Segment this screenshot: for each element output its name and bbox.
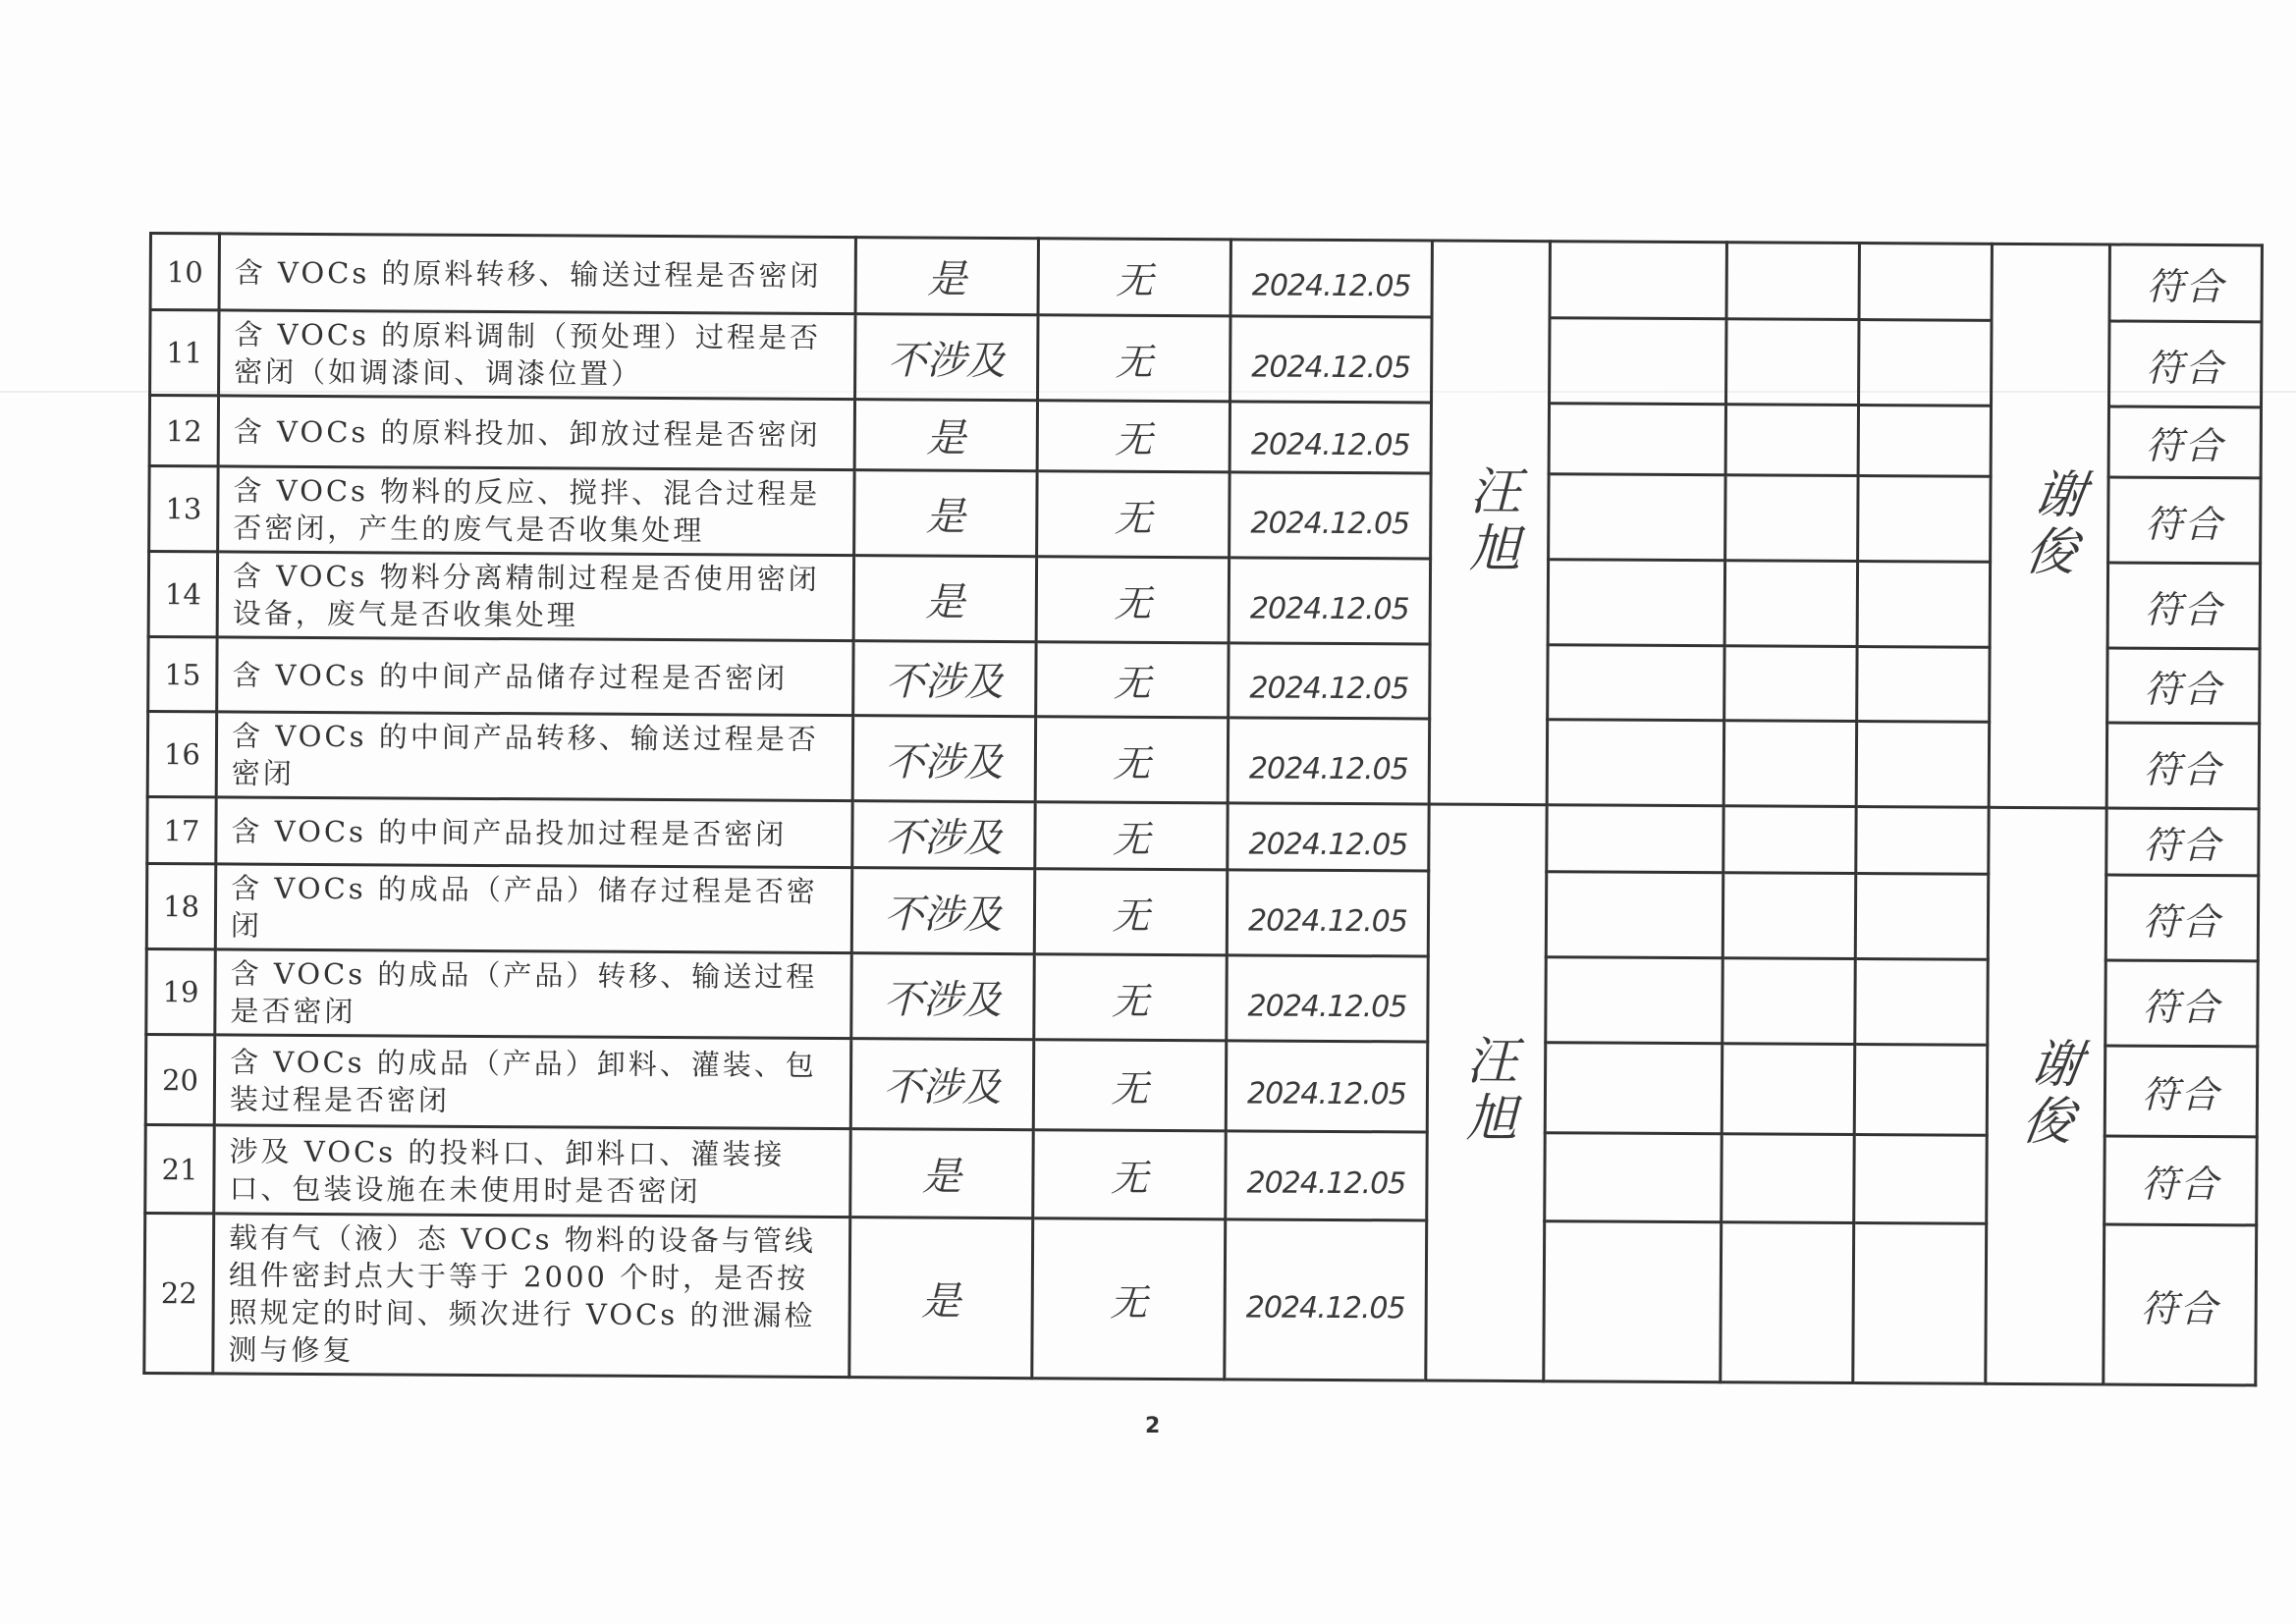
reviewer-signature: 谢俊 [2008, 467, 2090, 581]
blank-cell [1725, 475, 1858, 562]
blank-cell [1722, 958, 1855, 1045]
blank-cell [1726, 243, 1859, 320]
review-result-handwritten: 符合 [2144, 747, 2222, 790]
inspector-signature: 汪旭 [1453, 1034, 1519, 1148]
blank-cell [1722, 1044, 1855, 1135]
blank-cell [1853, 1223, 1987, 1384]
blank-cell [1550, 318, 1726, 405]
inspection-item: 含 VOCs 的原料调制（预处理）过程是否密闭（如调漆间、调漆位置） [219, 310, 855, 400]
blank-cell [1724, 646, 1857, 722]
issue-handwritten: 无 [1114, 581, 1151, 624]
table-row: 14含 VOCs 物料分离精制过程是否使用密闭设备，废气是否收集处理是无2024… [148, 552, 2260, 649]
blank-cell [1549, 404, 1725, 475]
check-date-handwritten: 2024.12.05 [1251, 411, 1410, 462]
blank-cell [1856, 722, 1989, 808]
row-number: 13 [149, 466, 218, 552]
scanned-page: 10含 VOCs 的原料转移、输送过程是否密闭是无2024.12.05汪旭谢俊符… [0, 0, 2296, 1624]
check-status-handwritten: 是 [925, 579, 964, 624]
inspection-item: 载有气（液）态 VOCs 物料的设备与管线组件密封点大于等于 2000 个时，是… [213, 1214, 850, 1378]
blank-cell [1858, 476, 1991, 563]
row-number: 17 [147, 796, 216, 863]
check-date-handwritten: 2024.12.05 [1246, 1274, 1405, 1326]
issue-handwritten: 无 [1115, 496, 1152, 539]
blank-cell [1856, 807, 1989, 875]
review-result-handwritten: 符合 [2141, 1286, 2219, 1329]
table-row: 22载有气（液）态 VOCs 物料的设备与管线组件密封点大于等于 2000 个时… [144, 1213, 2257, 1384]
check-status-handwritten: 不涉及 [884, 977, 1002, 1023]
review-result-handwritten: 符合 [2143, 824, 2221, 867]
row-number: 18 [146, 863, 215, 948]
blank-cell [1550, 242, 1726, 319]
review-result-handwritten: 符合 [2145, 587, 2223, 630]
table-row: 16含 VOCs 的中间产品转移、输送过程是否密闭不涉及无2024.12.05符… [147, 712, 2259, 809]
blank-cell [1545, 1133, 1722, 1222]
issue-handwritten: 无 [1116, 259, 1153, 302]
row-number: 22 [144, 1213, 214, 1373]
check-status-handwritten: 不涉及 [884, 892, 1002, 938]
inspection-item: 含 VOCs 的中间产品转移、输送过程是否密闭 [216, 712, 852, 801]
blank-cell [1722, 873, 1855, 959]
reviewer-signature-cell: 谢俊 [1989, 244, 2109, 808]
review-result-handwritten: 符合 [2145, 502, 2223, 545]
row-number: 10 [150, 234, 219, 310]
blank-cell [1725, 405, 1858, 476]
table-row: 13含 VOCs 物料的反应、搅拌、混合过程是否密闭，产生的废气是否收集处理是无… [149, 466, 2261, 564]
blank-cell [1854, 1045, 1988, 1136]
row-number: 19 [146, 948, 215, 1034]
row-number: 20 [145, 1034, 215, 1124]
table-row: 11含 VOCs 的原料调制（预处理）过程是否密闭（如调漆间、调漆位置）不涉及无… [150, 310, 2262, 407]
blank-cell [1545, 1043, 1722, 1134]
issue-handwritten: 无 [1110, 1280, 1147, 1324]
review-result-handwritten: 符合 [2146, 346, 2224, 389]
inspection-item: 涉及 VOCs 的投料口、卸料口、灌装接口、包装设施在未使用时是否密闭 [214, 1125, 851, 1218]
check-status-handwritten: 不涉及 [888, 338, 1006, 384]
check-status-handwritten: 不涉及 [883, 1064, 1001, 1110]
check-status-handwritten: 是 [927, 257, 966, 302]
check-date-handwritten: 2024.12.05 [1250, 575, 1409, 626]
check-date-handwritten: 2024.12.05 [1251, 334, 1410, 385]
inspection-item: 含 VOCs 的中间产品投加过程是否密闭 [216, 797, 852, 868]
table-row: 18含 VOCs 的成品（产品）储存过程是否密闭不涉及无2024.12.05符合 [146, 863, 2258, 960]
issue-handwritten: 无 [1113, 818, 1150, 861]
row-number: 11 [150, 310, 219, 396]
check-status-handwritten: 是 [926, 494, 965, 539]
blank-cell [1544, 1221, 1722, 1382]
inspector-signature-cell: 汪旭 [1426, 804, 1547, 1381]
blank-cell [1724, 561, 1857, 647]
review-result-handwritten: 符合 [2141, 1163, 2219, 1206]
voc-inspection-table: 10含 VOCs 的原料转移、输送过程是否密闭是无2024.12.05汪旭谢俊符… [142, 232, 2264, 1386]
blank-cell [1857, 647, 1990, 723]
check-status-handwritten: 不涉及 [885, 739, 1003, 785]
blank-cell [1721, 1222, 1854, 1383]
issue-handwritten: 无 [1112, 979, 1149, 1022]
row-number: 15 [148, 637, 217, 712]
check-status-handwritten: 不涉及 [886, 659, 1004, 705]
blank-cell [1855, 874, 1988, 960]
inspection-item: 含 VOCs 物料的反应、搅拌、混合过程是否密闭，产生的废气是否收集处理 [218, 466, 854, 556]
blank-cell [1722, 1134, 1855, 1223]
inspector-signature-cell: 汪旭 [1429, 241, 1550, 805]
inspection-item: 含 VOCs 的中间产品储存过程是否密闭 [217, 637, 853, 716]
inspection-item: 含 VOCs 物料分离精制过程是否使用密闭设备，废气是否收集处理 [217, 552, 853, 641]
check-date-handwritten: 2024.12.05 [1249, 735, 1408, 786]
table-row: 10含 VOCs 的原料转移、输送过程是否密闭是无2024.12.05汪旭谢俊符… [150, 234, 2262, 322]
row-number: 16 [147, 712, 216, 797]
review-result-handwritten: 符合 [2142, 1073, 2220, 1116]
issue-handwritten: 无 [1115, 418, 1152, 461]
review-result-handwritten: 符合 [2143, 899, 2221, 943]
check-date-handwritten: 2024.12.05 [1249, 655, 1408, 706]
row-number: 21 [145, 1124, 215, 1213]
blank-cell [1859, 244, 1992, 321]
issue-handwritten: 无 [1111, 1067, 1148, 1110]
inspection-item: 含 VOCs 的成品（产品）储存过程是否密闭 [215, 864, 851, 953]
check-date-handwritten: 2024.12.05 [1252, 252, 1411, 303]
issue-handwritten: 无 [1113, 741, 1150, 785]
blank-cell [1549, 474, 1725, 561]
reviewer-signature: 谢俊 [2005, 1037, 2087, 1151]
blank-cell [1859, 320, 1992, 406]
issue-handwritten: 无 [1116, 340, 1153, 383]
check-date-handwritten: 2024.12.05 [1247, 1060, 1406, 1111]
row-number: 14 [148, 552, 217, 637]
issue-handwritten: 无 [1111, 1157, 1148, 1200]
blank-cell [1548, 645, 1724, 721]
table-row: 19含 VOCs 的成品（产品）转移、输送过程是否密闭不涉及无2024.12.0… [146, 948, 2258, 1046]
row-number: 12 [149, 396, 218, 466]
blank-cell [1723, 806, 1856, 874]
check-status-handwritten: 不涉及 [885, 815, 1003, 861]
page-number: 2 [1145, 1414, 1160, 1438]
blank-cell [1547, 720, 1723, 806]
blank-cell [1855, 959, 1988, 1046]
check-date-handwritten: 2024.12.05 [1247, 973, 1406, 1024]
check-status-handwritten: 是 [922, 1155, 961, 1200]
inspection-item: 含 VOCs 的原料转移、输送过程是否密闭 [219, 234, 855, 314]
inspection-item: 含 VOCs 的原料投加、卸放过程是否密闭 [218, 396, 854, 470]
inspection-item: 含 VOCs 的成品（产品）卸料、灌装、包装过程是否密闭 [214, 1035, 851, 1129]
check-status-handwritten: 是 [921, 1278, 960, 1324]
blank-cell [1854, 1135, 1988, 1224]
check-date-handwritten: 2024.12.05 [1250, 490, 1409, 541]
blank-cell [1546, 957, 1722, 1044]
blank-cell [1858, 406, 1991, 477]
check-date-handwritten: 2024.12.05 [1248, 888, 1407, 939]
table-row: 17含 VOCs 的中间产品投加过程是否密闭不涉及无2024.12.05汪旭谢俊… [147, 796, 2259, 875]
blank-cell [1723, 721, 1856, 807]
check-date-handwritten: 2024.12.05 [1248, 811, 1407, 862]
reviewer-signature-cell: 谢俊 [1986, 807, 2106, 1384]
check-status-handwritten: 是 [926, 416, 965, 461]
table-row: 21涉及 VOCs 的投料口、卸料口、灌装接口、包装设施在未使用时是否密闭是无2… [145, 1124, 2257, 1224]
issue-handwritten: 无 [1114, 662, 1151, 705]
check-date-handwritten: 2024.12.05 [1246, 1150, 1405, 1201]
blank-cell [1726, 319, 1859, 406]
inspector-signature: 汪旭 [1456, 463, 1522, 577]
inspection-item: 含 VOCs 的成品（产品）转移、输送过程是否密闭 [215, 949, 851, 1039]
blank-cell [1547, 805, 1723, 873]
blank-cell [1857, 562, 1990, 648]
blank-cell [1546, 872, 1722, 958]
table-row: 20含 VOCs 的成品（产品）卸料、灌装、包装过程是否密闭不涉及无2024.1… [145, 1034, 2257, 1136]
review-result-handwritten: 符合 [2142, 985, 2220, 1028]
review-result-handwritten: 符合 [2147, 265, 2225, 308]
table-row: 12含 VOCs 的原料投加、卸放过程是否密闭是无2024.12.05符合 [149, 396, 2261, 478]
issue-handwritten: 无 [1112, 893, 1149, 937]
blank-cell [1548, 560, 1724, 646]
table-row: 15含 VOCs 的中间产品储存过程是否密闭不涉及无2024.12.05符合 [148, 637, 2260, 724]
review-result-handwritten: 符合 [2144, 668, 2222, 711]
review-result-handwritten: 符合 [2146, 424, 2224, 467]
